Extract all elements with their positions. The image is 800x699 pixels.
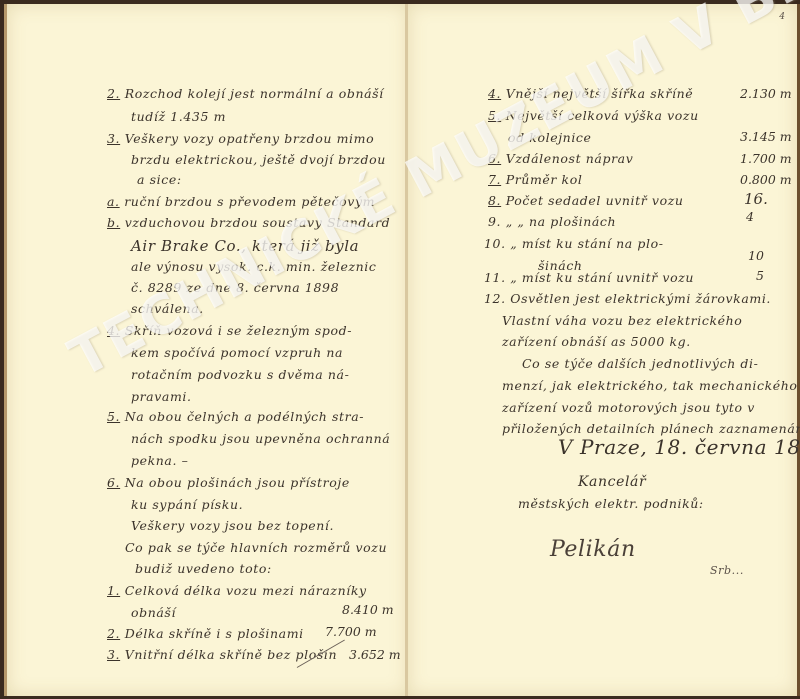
line-left-2: tudíž 1.435 m (131, 109, 226, 124)
line-left-18: pekna. – (131, 453, 188, 468)
spec-value-10: 10 (748, 248, 764, 263)
spec-value-5: 3.145 m (740, 129, 792, 144)
value-inner-length: 3.652 m (349, 647, 401, 662)
weight-line-1: Vlastní váha vozu bez elektrického (502, 313, 742, 328)
spec-value-7: 0.800 m (740, 172, 792, 187)
line-left-27: 3. Vnitřní délka skříně bez plošin (107, 647, 337, 662)
spec-item-5: 5. Největší celková výška vozu (488, 108, 699, 123)
spec-item-11: 11. „ míst ku stání uvnitř vozu (484, 270, 694, 285)
office-name-line-2: městských elektr. podniků: (518, 496, 704, 511)
spec-value-4: 2.130 m (740, 86, 792, 101)
spec-item-6: 6. Vzdálenost náprav (488, 151, 633, 166)
line-left-6: a. ruční brzdou s převodem pětečovým (107, 194, 375, 209)
dimensions-line-2: menzí, jak elektrického, tak mechanickéh… (502, 378, 798, 393)
weight-line-2: zařízení obnáší as 5000 kg. (502, 334, 691, 349)
dimensions-line-3: zařízení vozů motorových jsou tyto v (502, 400, 755, 415)
spec-item-4: 4. Vnější největší šířka skříně (488, 86, 693, 101)
page-number: 4 (779, 12, 785, 22)
spec-value-9: 4 (746, 209, 754, 224)
line-left-7: b. vzduchovou brzdou soustavy Standard (107, 215, 390, 230)
line-left-25: obnáší (131, 605, 176, 620)
dimensions-line-4: přiložených detailních plánech zaznamená… (502, 421, 800, 436)
spec-value-6: 1.700 m (740, 151, 792, 166)
line-left-13: kem spočívá pomocí vzpruh na (131, 345, 343, 360)
line-left-21: Veškery vozy jsou bez topení. (131, 518, 334, 533)
dimensions-line-1: Co se týče dalších jednotlivých di- (522, 356, 758, 371)
value-body-length: 7.700 m (325, 624, 377, 639)
signature-main: Pelikán (550, 537, 636, 562)
line-left-12: 4. Skříň vozová i se železným spod- (107, 323, 352, 338)
line-left-9: ale výnosu vysok. c.k. min. železnic (131, 259, 377, 274)
line-left-15: pravami. (131, 389, 192, 404)
line-left-8: Air Brake Co., která již byla (131, 237, 359, 255)
line-left-14: rotačním podvozku s dvěma ná- (131, 367, 349, 382)
open-book-spread: 2. Rozchod kolejí jest normální a obnáší… (4, 4, 797, 696)
line-left-19: 6. Na obou plošinách jsou přístroje (107, 475, 350, 490)
spec-item-9: 9. „ „ na plošinách (488, 214, 616, 229)
line-left-3: 3. Veškery vozy opatřeny brzdou mimo (107, 131, 374, 146)
line-left-10: č. 8289 ze dne 8. června 1898 (131, 280, 339, 295)
line-left-4: brzdu elektrickou, ještě dvojí brzdou (131, 152, 386, 167)
line-left-20: ku sypání písku. (131, 497, 243, 512)
value-total-length: 8.410 m (342, 602, 394, 617)
spec-item-10: 10. „ míst ku stání na plo- (484, 236, 664, 251)
office-name-line-1: Kancelář (578, 474, 646, 490)
right-page: 4 4. Vnější největší šířka skříně 2.130 … (408, 4, 800, 696)
line-left-17: nách spodku jsou upevněna ochranná (131, 431, 390, 446)
spec-item-12: 12. Osvětlen jest elektrickými žárovkami… (484, 291, 771, 306)
spec-value-8: 16. (744, 190, 768, 208)
line-left-1: 2. Rozchod kolejí jest normální a obnáší (107, 86, 384, 101)
line-left-26: 2. Délka skříně i s plošinami (107, 626, 304, 641)
left-page: 2. Rozchod kolejí jest normální a obnáší… (4, 4, 408, 696)
spec-item-5b: od kolejnice (508, 130, 592, 145)
line-left-5: a sice: (137, 172, 182, 187)
spec-item-7: 7. Průměr kol (488, 172, 582, 187)
spec-value-11: 5 (756, 268, 764, 283)
spec-item-8: 8. Počet sedadel uvnitř vozu (488, 193, 684, 208)
line-left-16: 5. Na obou čelných a podélných stra- (107, 409, 364, 424)
line-left-22: Co pak se týče hlavních rozměrů vozu (125, 540, 387, 555)
line-left-11: schválena. (131, 301, 204, 316)
line-left-24: 1. Celková délka vozu mezi nárazníky (107, 583, 367, 598)
place-date: V Praze, 18. června 1898. (558, 435, 800, 459)
signature-small: Srb... (710, 564, 744, 577)
line-left-23: budiž uvedeno toto: (135, 561, 272, 576)
